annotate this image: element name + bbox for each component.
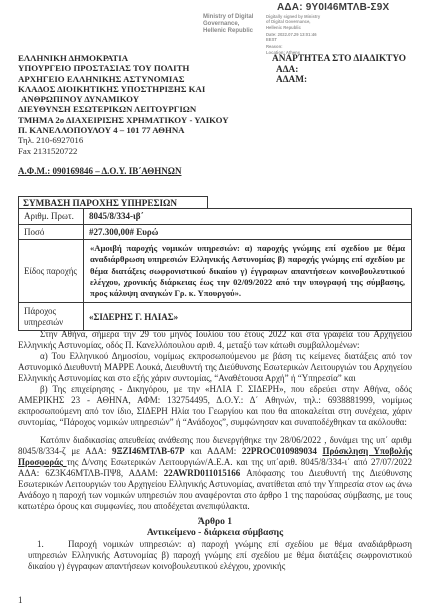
row-label: Είδος παροχής (19, 240, 84, 303)
row-value: «Αμοιβή παροχής νομικών υπηρεσιών: α) πα… (84, 240, 412, 303)
row-value: #27.300,00# Ευρώ (84, 224, 412, 240)
stamp-date-line: EEST (266, 37, 326, 42)
paragraph-award: Κατόπιν διαδικασίας απευθείας ανάθεσης π… (18, 435, 412, 512)
row-label: Ποσό (19, 224, 84, 240)
table-row: Ποσό #27.300,00# Ευρώ (19, 224, 412, 240)
paragraph-intro: Στην Αθήνα, σήμερα την 29 του μηνός Ιουλ… (18, 329, 412, 351)
row-label: Πάροχος υπηρεσιών (19, 303, 84, 331)
document-page: ΑΔΑ: 9Υ0Ι46ΜΤΛΒ-Σ9Χ Ministry of Digital … (0, 0, 428, 611)
letterhead-line: ΤΜΗΜΑ 2ο ΔΙΑΧΕΙΡΙΣΗΣ ΧΡΗΜΑΤΙΚΟΥ - ΥΛΙΚΟΥ (18, 115, 268, 125)
article-1-item-1: 1.Παροχή νομικών υπηρεσιών: α) παροχή γν… (28, 539, 412, 572)
adam-ref-code: 22PROC010989034 (242, 446, 317, 456)
award-text: και ΑΔΑΜ: (185, 446, 242, 456)
letterhead-line: ΔΙΕΥΘΥΝΣΗ ΕΣΩΤΕΡΙΚΩΝ ΛΕΙΤΟΥΡΓΙΩΝ (18, 104, 268, 114)
adam-label: ΑΔΑΜ: (272, 75, 406, 86)
document-body: Στην Αθήνα, σήμερα την 29 του μηνός Ιουλ… (18, 329, 412, 572)
table-row: Είδος παροχής «Αμοιβή παροχής νομικών υπ… (19, 240, 412, 303)
row-value: «ΣΙΔΕΡΗΣ Γ. ΗΛΙΑΣ» (84, 303, 412, 331)
article-1-subheading: Αντικείμενο - διάρκεια σύμβασης (18, 527, 412, 538)
article-1-heading: Άρθρο 1 (18, 516, 412, 527)
contract-summary-table: ΣΥΜΒΑΣΗ ΠΑΡΟΧΗΣ ΥΠΗΡΕΣΙΩΝ Αριθμ. Πρωτ. 8… (18, 196, 412, 331)
letterhead-fax: Fax 2131520722 (18, 146, 268, 156)
letterhead-line: ΕΛΛΗΝΙΚΗ ΔΗΜΟΚΡΑΤΙΑ (18, 53, 268, 63)
paragraph-party-a: α) Του Ελληνικού Δημοσίου, νομίμως εκπρο… (18, 351, 412, 384)
letterhead-line: ΑΡΧΗΓΕΙΟ ΕΛΛΗΝΙΚΗΣ ΑΣΤΥΝΟΜΙΑΣ (18, 74, 268, 84)
letterhead-line: ΥΠΟΥΡΓΕΙΟ ΠΡΟΣΤΑΣΙΑΣ ΤΟΥ ΠΟΛΙΤΗ (18, 63, 268, 73)
page-number: 1 (18, 595, 23, 605)
afm-line: Α.Φ.Μ.: 090169846 – Δ.Ο.Υ. ΙΒ΄ΑΘΗΝΩΝ (18, 166, 181, 176)
table-row: Πάροχος υπηρεσιών «ΣΙΔΕΡΗΣ Γ. ΗΛΙΑΣ» (19, 303, 412, 331)
table-row: Αριθμ. Πρωτ. 8045/8/334-ιβ΄ (19, 209, 412, 225)
letterhead-left: ΕΛΛΗΝΙΚΗ ΔΗΜΟΚΡΑΤΙΑ ΥΠΟΥΡΓΕΙΟ ΠΡΟΣΤΑΣΙΑΣ… (18, 53, 268, 156)
ada-label: ΑΔΑ: (272, 65, 406, 76)
ada-ref-code: 9ΞΖΙ46ΜΤΛΒ-67Ρ (112, 446, 185, 456)
posting-title: ΑΝΑΡΤΗΤΕΑ ΣΤΟ ΔΙΑΔΙΚΤΥΟ (272, 54, 406, 65)
digital-signature-stamp: Ministry of Digital Governance, Hellenic… (203, 14, 326, 57)
ada-code-top: ΑΔΑ: 9Υ0Ι46ΜΤΛΒ-Σ9Χ (277, 2, 389, 13)
item-number: 1. (37, 539, 68, 550)
letterhead-line: Π. ΚΑΝΕΛΛΟΠΟΥΛΟΥ 4 – 101 77 ΑΘΗΝΑ (18, 125, 268, 135)
item-text: Παροχή νομικών υπηρεσιών: α) παροχή γνώμ… (28, 539, 412, 571)
stamp-signature-details: Digitally signed by Ministry of Digital … (266, 14, 326, 57)
stamp-signed-by-line: Hellenic Republic (266, 25, 326, 30)
letterhead-phone: Τηλ. 210-6927016 (18, 135, 268, 145)
letterhead-line: ΚΛΑΔΟΣ ΔΙΟΙΚΗΤΙΚΗΣ ΥΠΟΣΤΗΡΙΞΗΣ ΚΑΙ (18, 84, 268, 94)
paragraph-party-b: β) Της επιχείρησης - Δικηγόρου, με την «… (18, 384, 412, 428)
adam-ref-code: 22AWRD011015166 (164, 468, 241, 478)
posting-block: ΑΝΑΡΤΗΤΕΑ ΣΤΟ ΔΙΑΔΙΚΤΥΟ ΑΔΑ: ΑΔΑΜ: (272, 54, 406, 86)
row-value: 8045/8/334-ιβ΄ (84, 209, 412, 225)
contract-table-title: ΣΥΜΒΑΣΗ ΠΑΡΟΧΗΣ ΥΠΗΡΕΣΙΩΝ (18, 196, 208, 209)
letterhead-line: ΑΝΘΡΩΠΙΝΟΥ ΔΥΝΑΜΙΚΟΥ (18, 94, 268, 104)
row-label: Αριθμ. Πρωτ. (19, 209, 84, 225)
stamp-signer-name: Ministry of Digital Governance, Hellenic… (203, 14, 261, 57)
